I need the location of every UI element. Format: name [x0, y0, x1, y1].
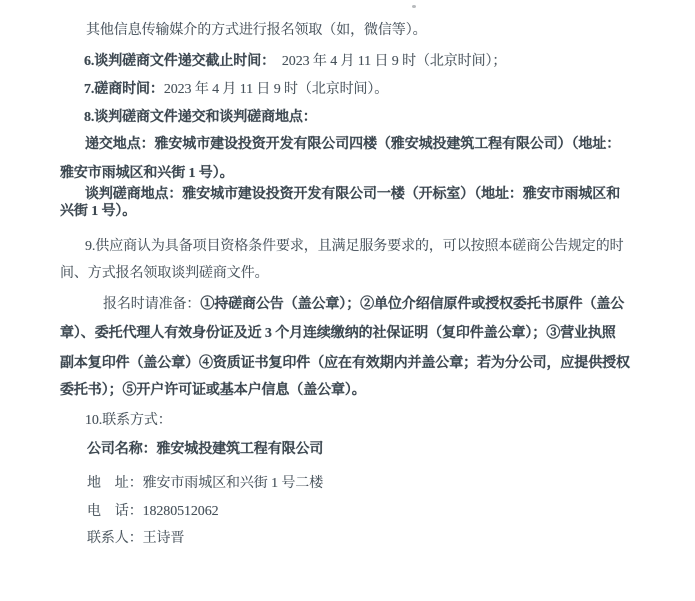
line-item-8-locations-heading: 8.谈判磋商文件递交和谈判磋商地点：: [84, 108, 317, 128]
text-segment: 章）、委托代理人有效身份证及近 3 个月连续缴纳的社保证明（复印件盖公章）；③营…: [60, 326, 616, 341]
text-segment: 2023 年 4 月 11 日 9 时（北京时间）。: [164, 82, 388, 97]
text-segment: 地 址：雅安市雨城区和兴街 1 号二楼: [87, 476, 323, 491]
line-registration-materials-line-1: 报名时请准备：①持磋商公告（盖公章）；②单位介绍信原件或授权委托书原件（盖公: [103, 295, 624, 315]
text-segment: 副本复印件（盖公章）④资质证书复印件（应在有效期内并盖公章；若为分公司，应提供授…: [60, 356, 630, 371]
line-registration-materials-line-4: 委托书）；⑤开户许可证或基本户信息（盖公章）。: [60, 381, 366, 401]
text-segment: 报名时请准备：: [103, 297, 200, 312]
line-contact-company-name: 公司名称：雅安城投建筑工程有限公司: [87, 440, 323, 460]
text-segment: 联系人：王诗晋: [87, 531, 184, 546]
line-item-9-supplier-line-2: 间、方式报名领取谈判磋商文件。: [60, 264, 269, 284]
line-registration-materials-line-2: 章）、委托代理人有效身份证及近 3 个月连续缴纳的社保证明（复印件盖公章）；③营…: [60, 324, 616, 344]
text-segment: 2023 年 4 月 11 日 9 时（北京时间）；: [268, 54, 506, 69]
line-submission-location-line-2: 雅安市雨城区和兴街 1 号）。: [60, 164, 234, 184]
text-segment: 其他信息传输媒介的方式进行报名领取（如，微信等）。: [86, 23, 427, 38]
text-segment: 递交地点：雅安城市建设投资开发有限公司四楼（雅安城投建筑工程有限公司）（地址：: [85, 137, 620, 152]
text-segment: 9.供应商认为具备项目资格条件要求，且满足服务要求的，可以按照本磋商公告规定的时: [85, 239, 624, 254]
line-item-7-negotiation-time: 7.磋商时间：2023 年 4 月 11 日 9 时（北京时间）。: [84, 80, 388, 100]
text-segment: 10.联系方式：: [85, 413, 172, 428]
text-segment: ①持磋商公告（盖公章）；②单位介绍信原件或授权委托书原件（盖公: [200, 297, 624, 312]
line-contact-phone: 电 话：18280512062: [87, 502, 219, 522]
line-item-9-supplier-line-1: 9.供应商认为具备项目资格条件要求，且满足服务要求的，可以按照本磋商公告规定的时: [85, 237, 624, 257]
document-page: 其他信息传输媒介的方式进行报名领取（如，微信等）。6.谈判磋商文件递交截止时间：…: [0, 0, 695, 601]
line-negotiation-location-line-1: 谈判磋商地点：雅安城市建设投资开发有限公司一楼（开标室）（地址：雅安市雨城区和: [85, 185, 620, 205]
text-segment: 7.磋商时间：: [84, 82, 164, 97]
text-segment: 6.谈判磋商文件递交截止时间：: [84, 54, 268, 69]
line-contact-address: 地 址：雅安市雨城区和兴街 1 号二楼: [87, 474, 323, 494]
line-submission-location-line-1: 递交地点：雅安城市建设投资开发有限公司四楼（雅安城投建筑工程有限公司）（地址：: [85, 135, 620, 155]
text-segment: 兴街 1 号）。: [60, 204, 136, 219]
line-other-media-note: 其他信息传输媒介的方式进行报名领取（如，微信等）。: [86, 21, 427, 41]
text-segment: 8.谈判磋商文件递交和谈判磋商地点：: [84, 110, 317, 125]
line-negotiation-location-line-2: 兴街 1 号）。: [60, 202, 136, 222]
text-segment: 雅安市雨城区和兴街 1 号）。: [60, 166, 234, 181]
line-registration-materials-line-3: 副本复印件（盖公章）④资质证书复印件（应在有效期内并盖公章；若为分公司，应提供授…: [60, 354, 630, 374]
scan-artifact-dot: [412, 5, 416, 8]
text-segment: 谈判磋商地点：雅安城市建设投资开发有限公司一楼（开标室）（地址：雅安市雨城区和: [85, 187, 620, 202]
line-contact-person: 联系人：王诗晋: [87, 529, 184, 549]
text-segment: 公司名称：雅安城投建筑工程有限公司: [87, 442, 323, 457]
line-item-10-contact-heading: 10.联系方式：: [85, 411, 172, 431]
text-segment: 电 话：18280512062: [87, 504, 219, 519]
text-segment: 间、方式报名领取谈判磋商文件。: [60, 266, 269, 281]
line-item-6-deadline: 6.谈判磋商文件递交截止时间： 2023 年 4 月 11 日 9 时（北京时间…: [84, 52, 506, 72]
text-segment: 委托书）；⑤开户许可证或基本户信息（盖公章）。: [60, 383, 366, 398]
